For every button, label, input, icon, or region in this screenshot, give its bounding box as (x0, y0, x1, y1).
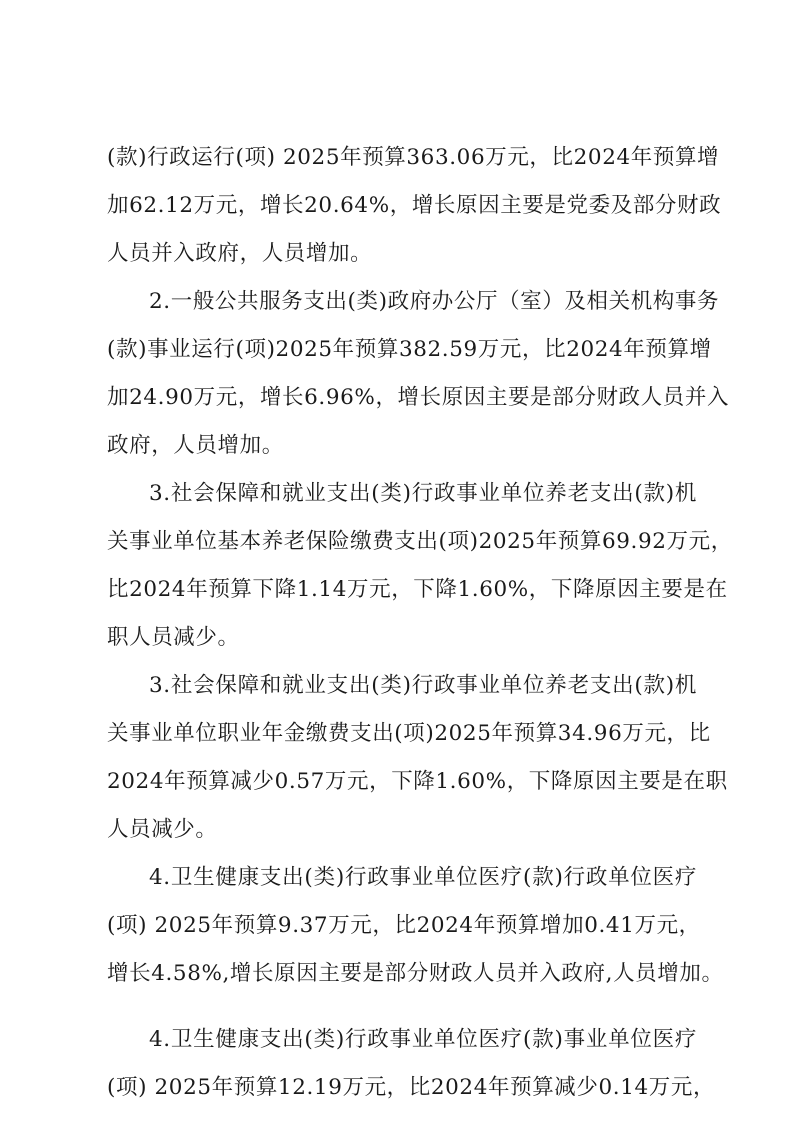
text-line: 职人员减少。 (107, 622, 697, 670)
text-line: (项) 2025年预算9.37万元，比2024年预算增加0.41万元， (107, 910, 697, 958)
text-line: 3.社会保障和就业支出(类)行政事业单位养老支出(款)机 (107, 478, 697, 526)
paragraph-occupational-annuity: 3.社会保障和就业支出(类)行政事业单位养老支出(款)机 关事业单位职业年金缴费… (107, 670, 697, 862)
text-line: 关事业单位基本养老保险缴费支出(项)2025年预算69.92万元， (107, 526, 697, 574)
text-line: 2.一般公共服务支出(类)政府办公厅（室）及相关机构事务 (107, 286, 697, 334)
text-line: (款)行政运行(项) 2025年预算363.06万元，比2024年预算增 (107, 142, 697, 190)
text-line: 增长4.58%,增长原因主要是部分财政人员并入政府,人员增加。 (107, 958, 697, 1006)
paragraph-institution-medical: 4.卫生健康支出(类)行政事业单位医疗(款)事业单位医疗 (项) 2025年预算… (107, 1024, 697, 1120)
text-line: 加24.90万元，增长6.96%，增长原因主要是部分财政人员并入 (107, 382, 697, 430)
text-line: 4.卫生健康支出(类)行政事业单位医疗(款)事业单位医疗 (107, 1024, 697, 1072)
text-line: 人员并入政府，人员增加。 (107, 238, 697, 286)
paragraph-basic-pension-insurance: 3.社会保障和就业支出(类)行政事业单位养老支出(款)机 关事业单位基本养老保险… (107, 478, 697, 670)
text-line: (项) 2025年预算12.19万元，比2024年预算减少0.14万元， (107, 1072, 697, 1120)
paragraph-spacer (107, 1006, 697, 1024)
text-line: 政府，人员增加。 (107, 430, 697, 478)
text-line: (款)事业运行(项)2025年预算382.59万元，比2024年预算增 (107, 334, 697, 382)
text-line: 4.卫生健康支出(类)行政事业单位医疗(款)行政单位医疗 (107, 862, 697, 910)
document-page: (款)行政运行(项) 2025年预算363.06万元，比2024年预算增 加62… (107, 142, 697, 1120)
paragraph-public-service-operation: 2.一般公共服务支出(类)政府办公厅（室）及相关机构事务 (款)事业运行(项)2… (107, 286, 697, 478)
paragraph-administrative-medical: 4.卫生健康支出(类)行政事业单位医疗(款)行政单位医疗 (项) 2025年预算… (107, 862, 697, 1006)
text-line: 3.社会保障和就业支出(类)行政事业单位养老支出(款)机 (107, 670, 697, 718)
text-line: 关事业单位职业年金缴费支出(项)2025年预算34.96万元，比 (107, 718, 697, 766)
text-line: 2024年预算减少0.57万元，下降1.60%，下降原因主要是在职 (107, 766, 697, 814)
text-line: 加62.12万元，增长20.64%，增长原因主要是党委及部分财政 (107, 190, 697, 238)
paragraph-administrative-operation: (款)行政运行(项) 2025年预算363.06万元，比2024年预算增 加62… (107, 142, 697, 286)
text-line: 比2024年预算下降1.14万元，下降1.60%，下降原因主要是在 (107, 574, 697, 622)
text-line: 人员减少。 (107, 814, 697, 862)
